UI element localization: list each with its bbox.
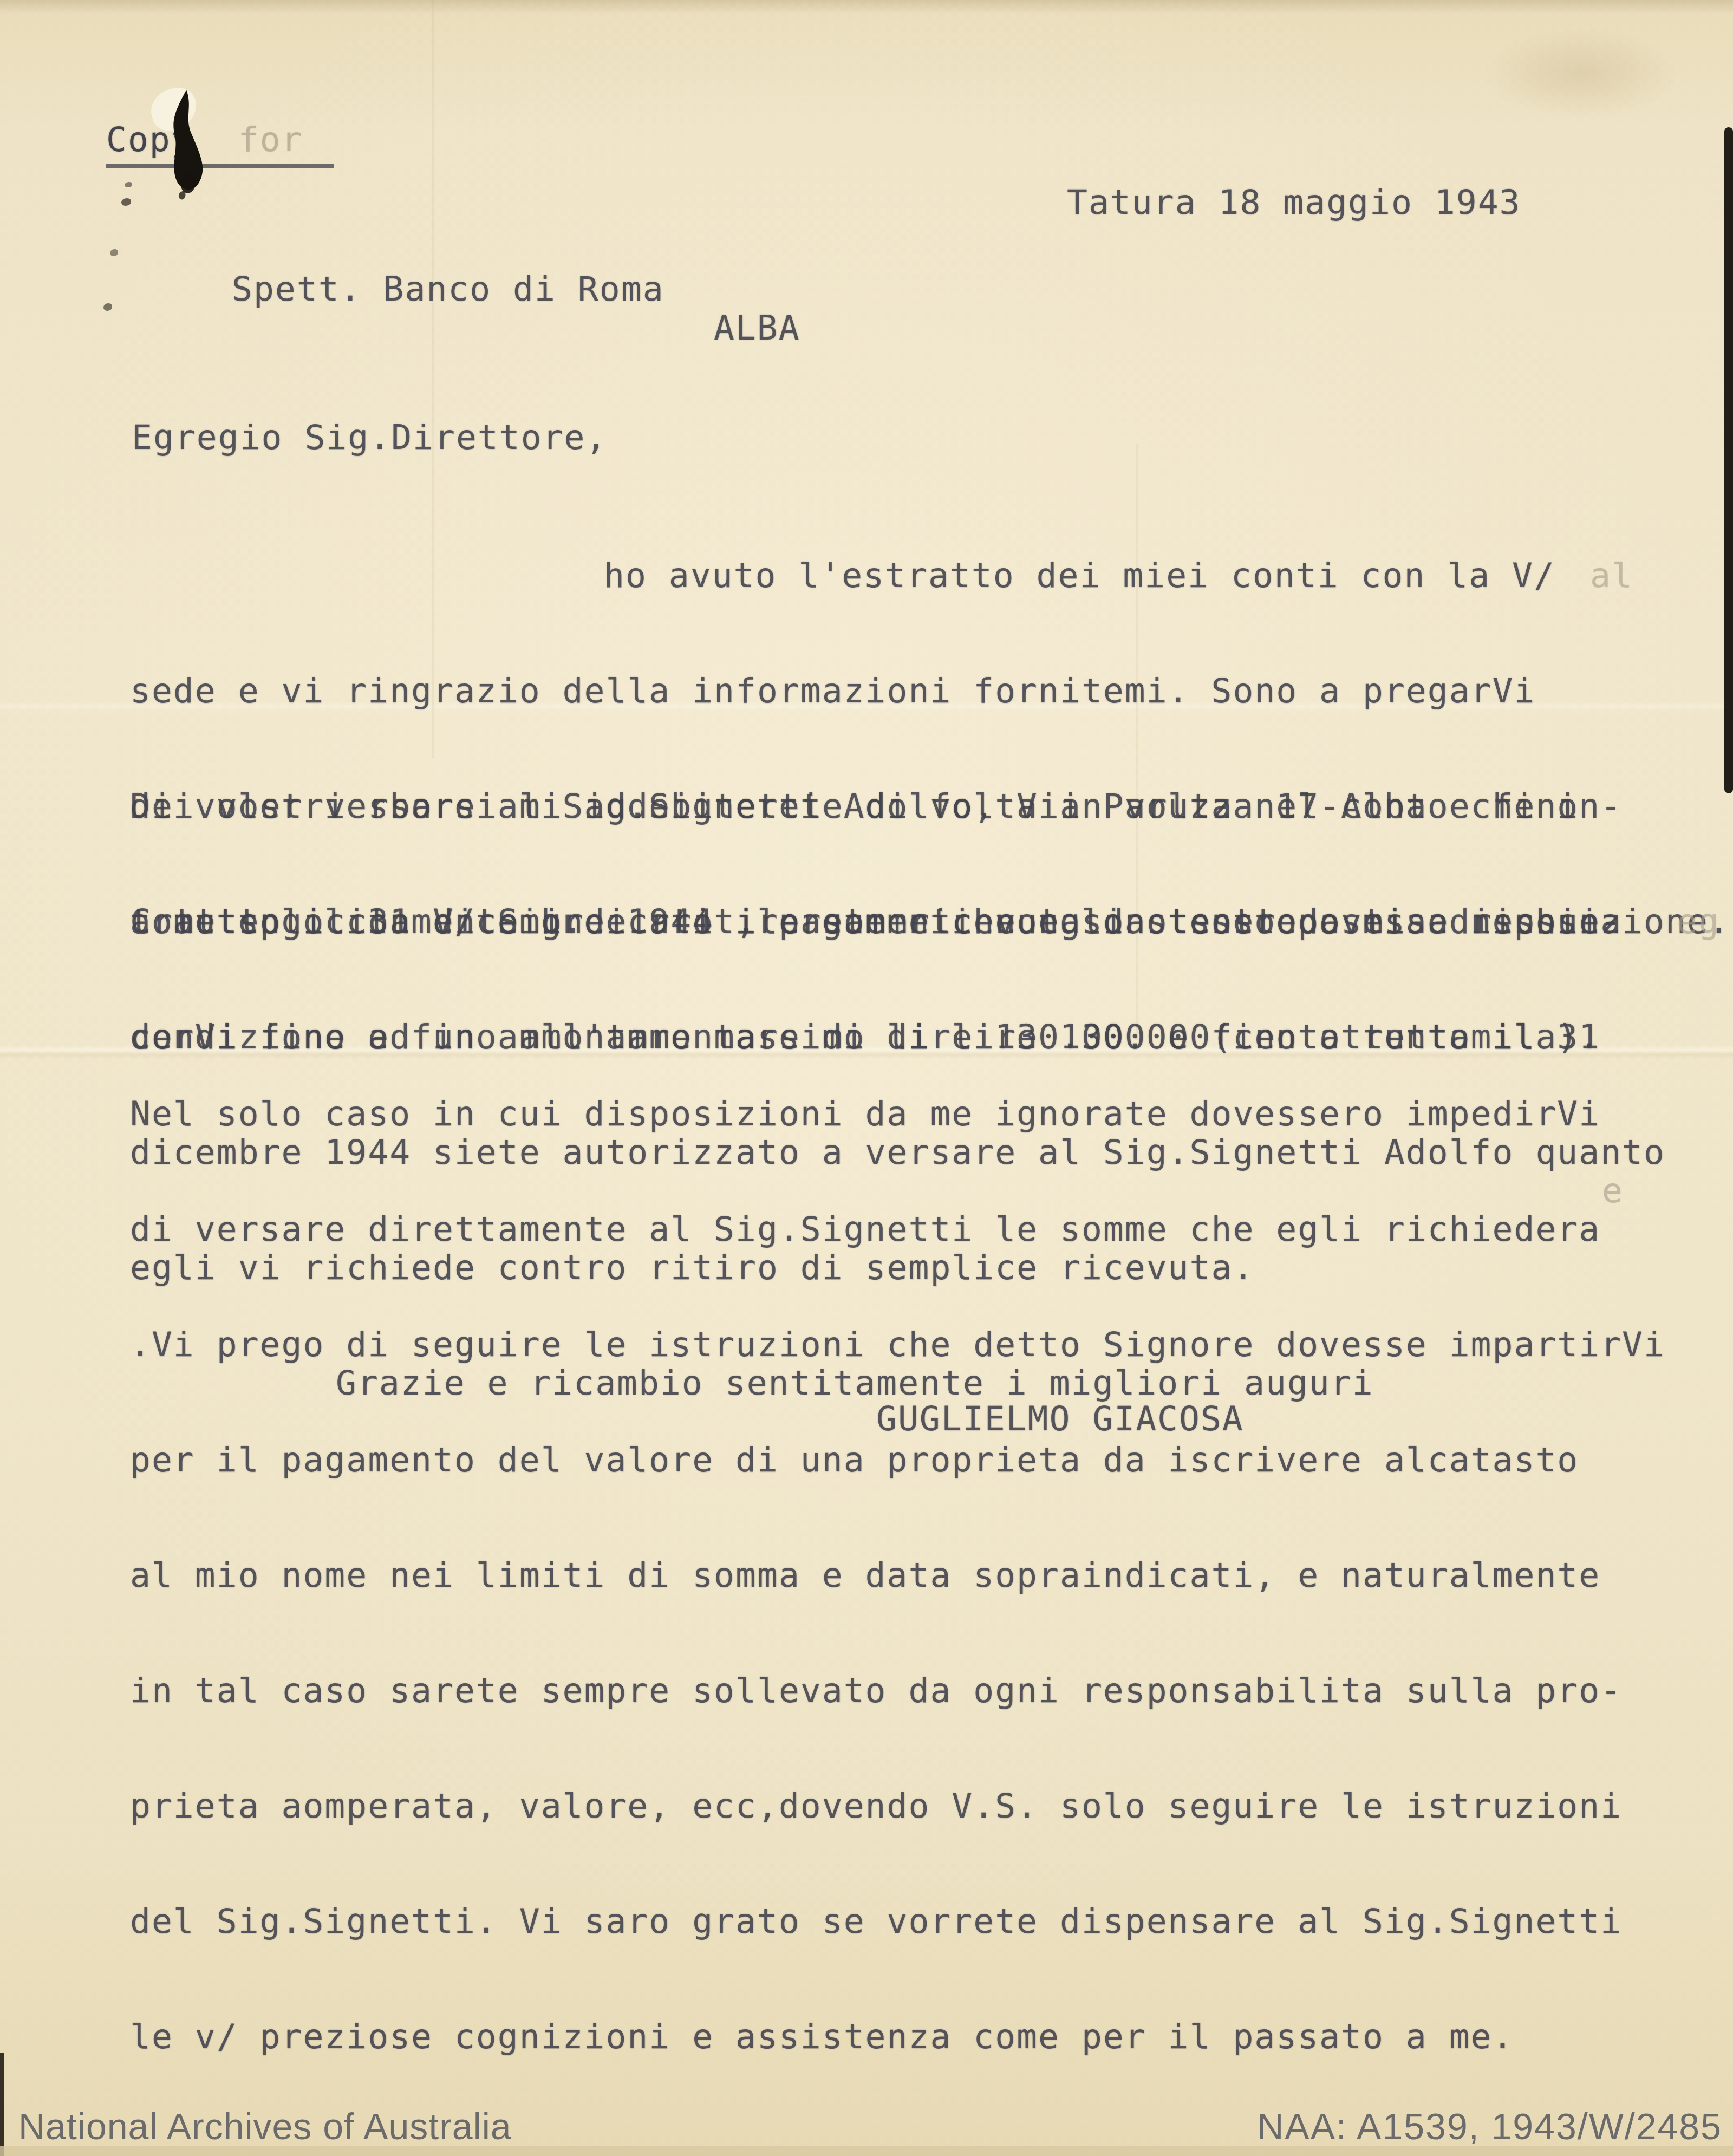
signature: GUGLIELMO GIACOSA [876, 1399, 1244, 1438]
typed-line: le v/ preziose cognizioni e assistenza c… [130, 2017, 1665, 2056]
typed-line: prieta aomperata, valore, ecc,dovendo V.… [130, 1787, 1665, 1825]
typed-line: del Sig.Signetti. Vi saro grato se vorre… [130, 1902, 1665, 1940]
typed-line: Nel solo caso in cui disposizioni da me … [130, 1095, 1665, 1133]
typed-line: .Vi prego di seguire le istruzioni che d… [130, 1325, 1665, 1364]
typed-line: di versare direttamente al Sig.Signetti … [130, 1210, 1665, 1248]
scanned-letter-page: Copyfor Tatura 18 maggio 1943 Spett. Ban… [0, 0, 1733, 2156]
copy-faint-label: for [238, 120, 303, 159]
faint-overstrike-fragment: eg [1677, 902, 1720, 941]
typed-line: Come splicitamente indicato i pagamenti … [130, 902, 1665, 941]
closing-line: Grazie e ricambio sentitamente i miglior… [336, 1364, 1374, 1402]
ink-speck [121, 198, 131, 206]
faint-overstrike-fragment: al [1590, 556, 1633, 595]
faint-overstrike-fragment: e [1602, 1171, 1624, 1210]
paper-stain [1484, 27, 1679, 119]
naa-watermark-left: National Archives of Australia [18, 2106, 512, 2148]
recipient-name: Spett. Banco di Roma [232, 270, 664, 308]
typed-line: per il pagamento del valore di una propr… [130, 1441, 1665, 1479]
typed-line: sede e vi ringrazio della informazioni f… [130, 672, 1622, 710]
ink-speck [110, 249, 118, 256]
ink-speck [103, 303, 112, 311]
typed-line: ho avuto l'estratto dei miei conti con l… [604, 556, 1622, 595]
recipient-city: ALBA [714, 309, 800, 347]
typed-line: al mio nome nei limiti di somma e data s… [130, 1556, 1665, 1594]
scan-right-edge [1724, 127, 1733, 793]
scan-left-edge [0, 2053, 4, 2156]
letter-date: Tatura 18 maggio 1943 [1067, 183, 1521, 222]
ink-speck [125, 182, 132, 187]
ink-blot [153, 88, 229, 201]
naa-watermark-right: NAA: A1539, 1943/W/2485 [1257, 2106, 1722, 2148]
ink-blot-shape [153, 88, 229, 201]
scan-top-edge-shadow [0, 0, 1733, 14]
typed-line: Dei vostri sborsi mi addebiterete di vol… [130, 787, 1730, 825]
typed-line: in tal caso sarete sempre sollevato da o… [130, 1671, 1665, 1710]
paragraph-4: Nel solo caso in cui disposizioni da me … [130, 1018, 1665, 2133]
salutation: Egregio Sig.Direttore, [132, 418, 607, 457]
